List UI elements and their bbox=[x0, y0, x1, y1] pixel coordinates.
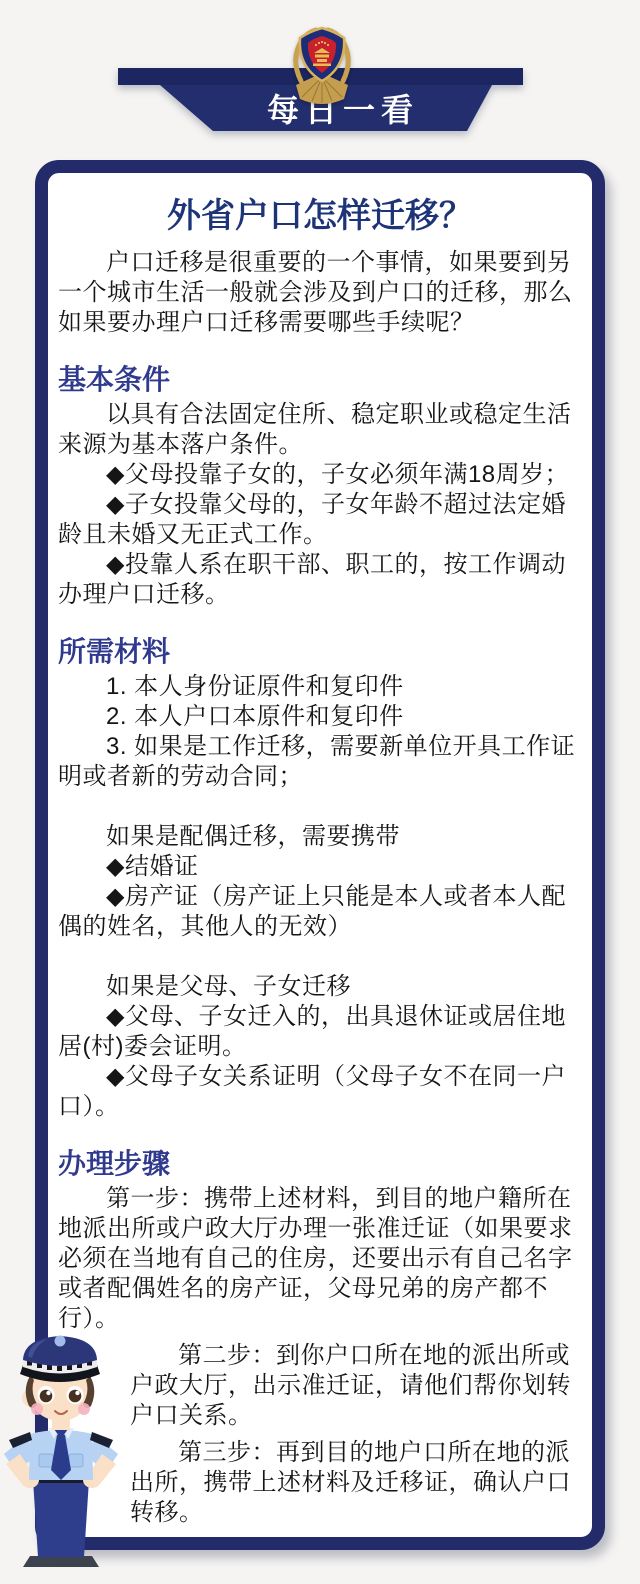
officer-left-pupil bbox=[40, 1390, 53, 1403]
page: 每日一看 bbox=[0, 0, 640, 1584]
officer-right-blush bbox=[78, 1403, 90, 1415]
materials-item-2: 2. 本人户口本原件和复印件 bbox=[58, 702, 582, 732]
card-title: 外省户口怎样迁移？ bbox=[58, 198, 582, 234]
basic-conditions-para-3: ◆子女投靠父母的，子女年龄不超过法定婚龄且未婚又无正式工作。 bbox=[58, 490, 582, 550]
officer-right-eye-glint bbox=[75, 1391, 79, 1395]
basic-conditions-para-4: ◆投靠人系在职干部、职工的，按工作调动办理户口迁移。 bbox=[58, 550, 582, 610]
officer-left-eye-glint bbox=[46, 1391, 50, 1395]
intro-paragraph: 户口迁移是很重要的一个事情，如果要到另一个城市生活一般就会涉及到户口的迁移，那么… bbox=[58, 248, 582, 338]
parents-item-2: ◆父母子女关系证明（父母子女不在同一户口）。 bbox=[58, 1062, 582, 1122]
officer-trousers bbox=[33, 1480, 89, 1557]
officer-right-pupil bbox=[69, 1390, 82, 1403]
step-3: 第三步：再到目的地户口所在地的派出所，携带上述材料及迁移证，确认户口转移。 bbox=[130, 1438, 582, 1528]
police-badge-icon bbox=[286, 23, 358, 111]
step-2: 第二步：到你户口所在地的派出所或户政大厅，出示准迁证，请他们帮你划转户口关系。 bbox=[130, 1341, 582, 1431]
spouse-item-marriage-cert: ◆结婚证 bbox=[58, 852, 582, 882]
officer-left-pocket bbox=[39, 1454, 53, 1467]
materials-item-1: 1. 本人身份证原件和复印件 bbox=[58, 672, 582, 702]
spouse-migration-lead: 如果是配偶迁移，需要携带 bbox=[58, 822, 582, 852]
step-1: 第一步：携带上述材料，到目的地户籍所在地派出所或户政大厅办理一张准迁证（如果要求… bbox=[58, 1184, 582, 1334]
officer-right-pocket bbox=[69, 1454, 83, 1467]
steps-heading: 办理步骤 bbox=[58, 1149, 582, 1179]
officer-left-blush bbox=[31, 1403, 43, 1415]
materials-heading: 所需材料 bbox=[58, 637, 582, 667]
parents-item-1: ◆父母、子女迁入的，出具退休证或居住地居(村)委会证明。 bbox=[58, 1002, 582, 1062]
officer-base bbox=[23, 1556, 99, 1567]
steps-indented-block: 第二步：到你户口所在地的派出所或户政大厅，出示准迁证，请他们帮你划转户口关系。 … bbox=[130, 1341, 582, 1528]
police-officer-mascot bbox=[0, 1332, 126, 1568]
basic-conditions-para-2: ◆父母投靠子女的，子女必须年满18周岁； bbox=[58, 460, 582, 490]
basic-conditions-heading: 基本条件 bbox=[58, 365, 582, 395]
officer-cap-button bbox=[55, 1336, 66, 1347]
materials-item-3: 3. 如果是工作迁移，需要新单位开具工作证明或者新的劳动合同； bbox=[58, 732, 582, 792]
parents-children-lead: 如果是父母、子女迁移 bbox=[58, 972, 582, 1002]
basic-conditions-para-1: 以具有合法固定住所、稳定职业或稳定生活来源为基本落户条件。 bbox=[58, 400, 582, 460]
spouse-item-property-cert: ◆房产证（房产证上只能是本人或者本人配偶的姓名，其他人的无效） bbox=[58, 882, 582, 942]
